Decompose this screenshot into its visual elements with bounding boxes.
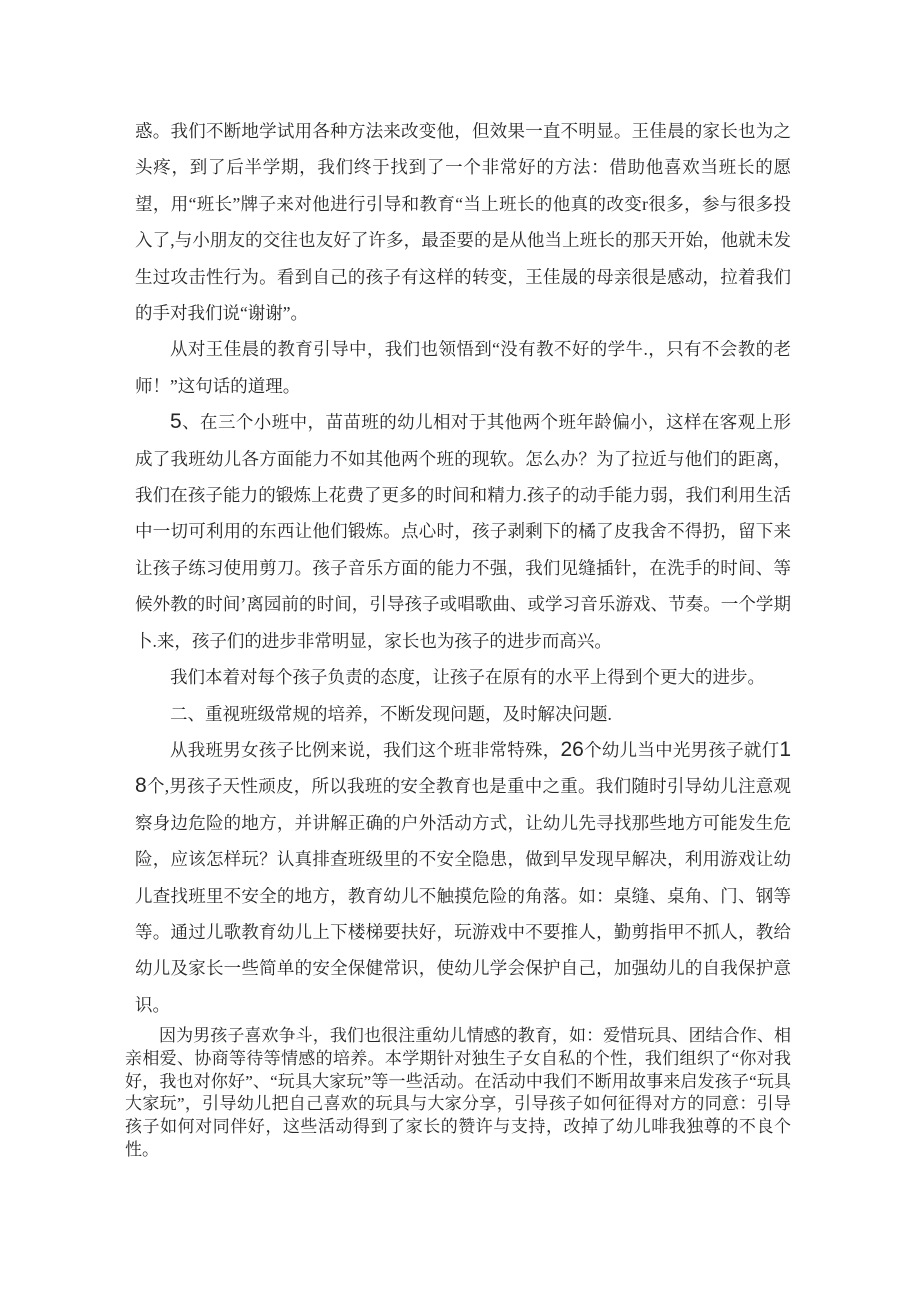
paragraph-section-2-heading: 二、重视班级常规的培养，不断发现问题，及时解决问题.	[135, 696, 791, 732]
numeral: 26	[560, 738, 583, 761]
paragraph-emotion-education: 因为男孩子喜欢争斗，我们也很注重幼儿情感的教育，如：爱惜玩具、团结合作、相亲相爱…	[125, 1025, 791, 1161]
numeral: 5	[170, 410, 182, 433]
text-block: 惑。我们不断地学试用各种方法来改变他，但效果一直不明显。王佳晨的家长也为之头疼，…	[135, 113, 791, 1161]
paragraph-lesson-quote: 从对王佳晨的教育引导中，我们也领悟到“没有教不好的学牛.，只有不会教的老师！”这…	[135, 331, 791, 404]
document-page: 惑。我们不断地学试用各种方法来改变他，但效果一直不明显。王佳晨的家长也为之头疼，…	[0, 0, 920, 1301]
numeral: 18	[135, 738, 791, 797]
paragraph-responsibility: 我们本着对每个孩子负责的态度，让孩子在原有的水平上得到个更大的进步。	[135, 659, 791, 695]
paragraph-safety-education: 从我班男女孩子比例来说，我们这个班非常特殊，26个幼儿当中光男孩子就仃18个,男…	[135, 732, 791, 1023]
paragraph-continuation: 惑。我们不断地学试用各种方法来改变他，但效果一直不明显。王佳晨的家长也为之头疼，…	[135, 113, 791, 331]
paragraph-item-5: 5、在三个小班中，苗苗班的幼儿相对于其他两个班年龄偏小，这样在客观上形成了我班幼…	[135, 404, 791, 659]
